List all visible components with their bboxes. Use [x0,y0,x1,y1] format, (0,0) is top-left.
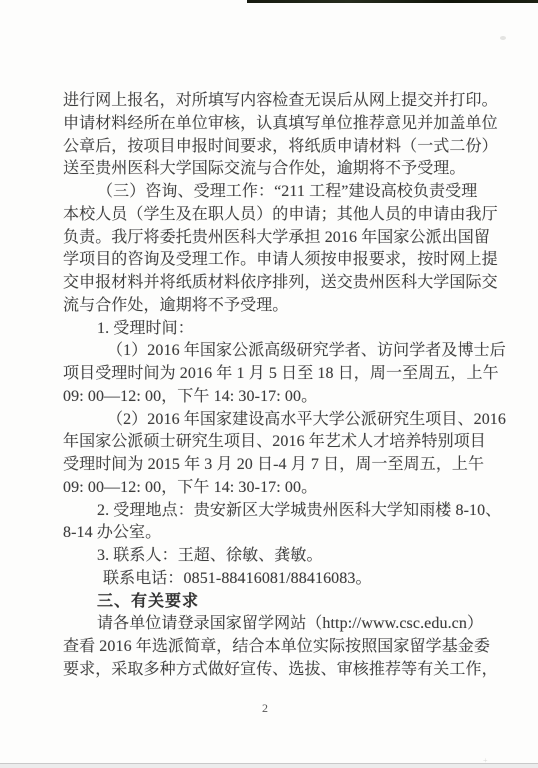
text-line: 受理时间为 2015 年 3 月 20 日-4 月 7 日，周一至周五，上午 [63,454,479,477]
text-line: 8-14 办公室。 [63,522,479,545]
text-line: 公章后，按项目申报时间要求，将纸质申请材料（一式二份） [63,136,479,159]
text-line: 申请材料经所在单位审核，认真填写单位推荐意见并加盖单位 [63,113,479,136]
page-number: 2 [0,701,530,716]
text-line-contact-phone: 联系电话：0851-88416081/88416083。 [63,568,479,591]
text-line: 进行网上报名，对所填写内容检查无误后从网上提交并打印。 [63,90,479,113]
text-line-acceptance-time-heading: 1. 受理时间： [63,318,479,341]
text-line-contact-persons: 3. 联系人：王超、徐敏、龚敏。 [63,545,479,568]
text-line-office-hours: 09: 00—12: 00，下午 14: 30-17: 00。 [63,477,479,500]
scan-smudge-artifact [500,36,506,40]
text-line: 查看 2016 年选派简章，结合本单位实际按照国家留学基金委 [63,636,479,659]
section-heading-requirements: 三、有关要求 [63,591,479,614]
text-line: 交申报材料并将纸质材料依序排列，送交贵州医科大学国际交 [63,272,479,295]
text-line: 学项目的咨询及受理工作。申请人须按申报要求，按时网上提 [63,249,479,272]
text-line-office-hours: 09: 00—12: 00，下午 14: 30-17: 00。 [63,386,479,409]
document-text-block: 进行网上报名，对所填写内容检查无误后从网上提交并打印。 申请材料经所在单位审核，… [63,90,479,682]
text-line-csc-website: 请各单位请登录国家留学网站（http://www.csc.edu.cn） [63,613,479,636]
text-line-section-3-consult: （三）咨询、受理工作：“211 工程”建设高校负责受理 [63,181,479,204]
text-line: 要求，采取多种方式做好宣传、选拔、审核推荐等有关工作， [63,659,479,682]
text-line: 负责。我厅将委托贵州医科大学承担 2016 年国家公派出国留 [63,227,479,250]
text-line: 流与合作处，逾期将不予受理。 [63,295,479,318]
text-line: 本校人员（学生及在职人员）的申请；其他人员的申请由我厅 [63,204,479,227]
text-line: 年国家公派硕士研究生项目、2016 年艺术人才培养特别项目 [63,431,479,454]
scan-top-edge-artifact [247,0,538,3]
text-line-item-2: （2）2016 年国家建设高水平大学公派研究生项目、2016 [63,409,479,432]
text-line: 项目受理时间为 2016 年 1 月 5 日至 18 日，周一至周五，上午 [63,363,479,386]
text-line-item-1: （1）2016 年国家公派高级研究学者、访问学者及博士后 [63,340,479,363]
text-line: 送至贵州医科大学国际交流与合作处，逾期将不予受理。 [63,158,479,181]
scan-bottom-edge-artifact [0,763,538,768]
scanned-document-page: 进行网上报名，对所填写内容检查无误后从网上提交并打印。 申请材料经所在单位审核，… [0,0,538,768]
text-line-acceptance-location: 2. 受理地点：贵安新区大学城贵州医科大学知雨楼 8-10、 [63,500,479,523]
